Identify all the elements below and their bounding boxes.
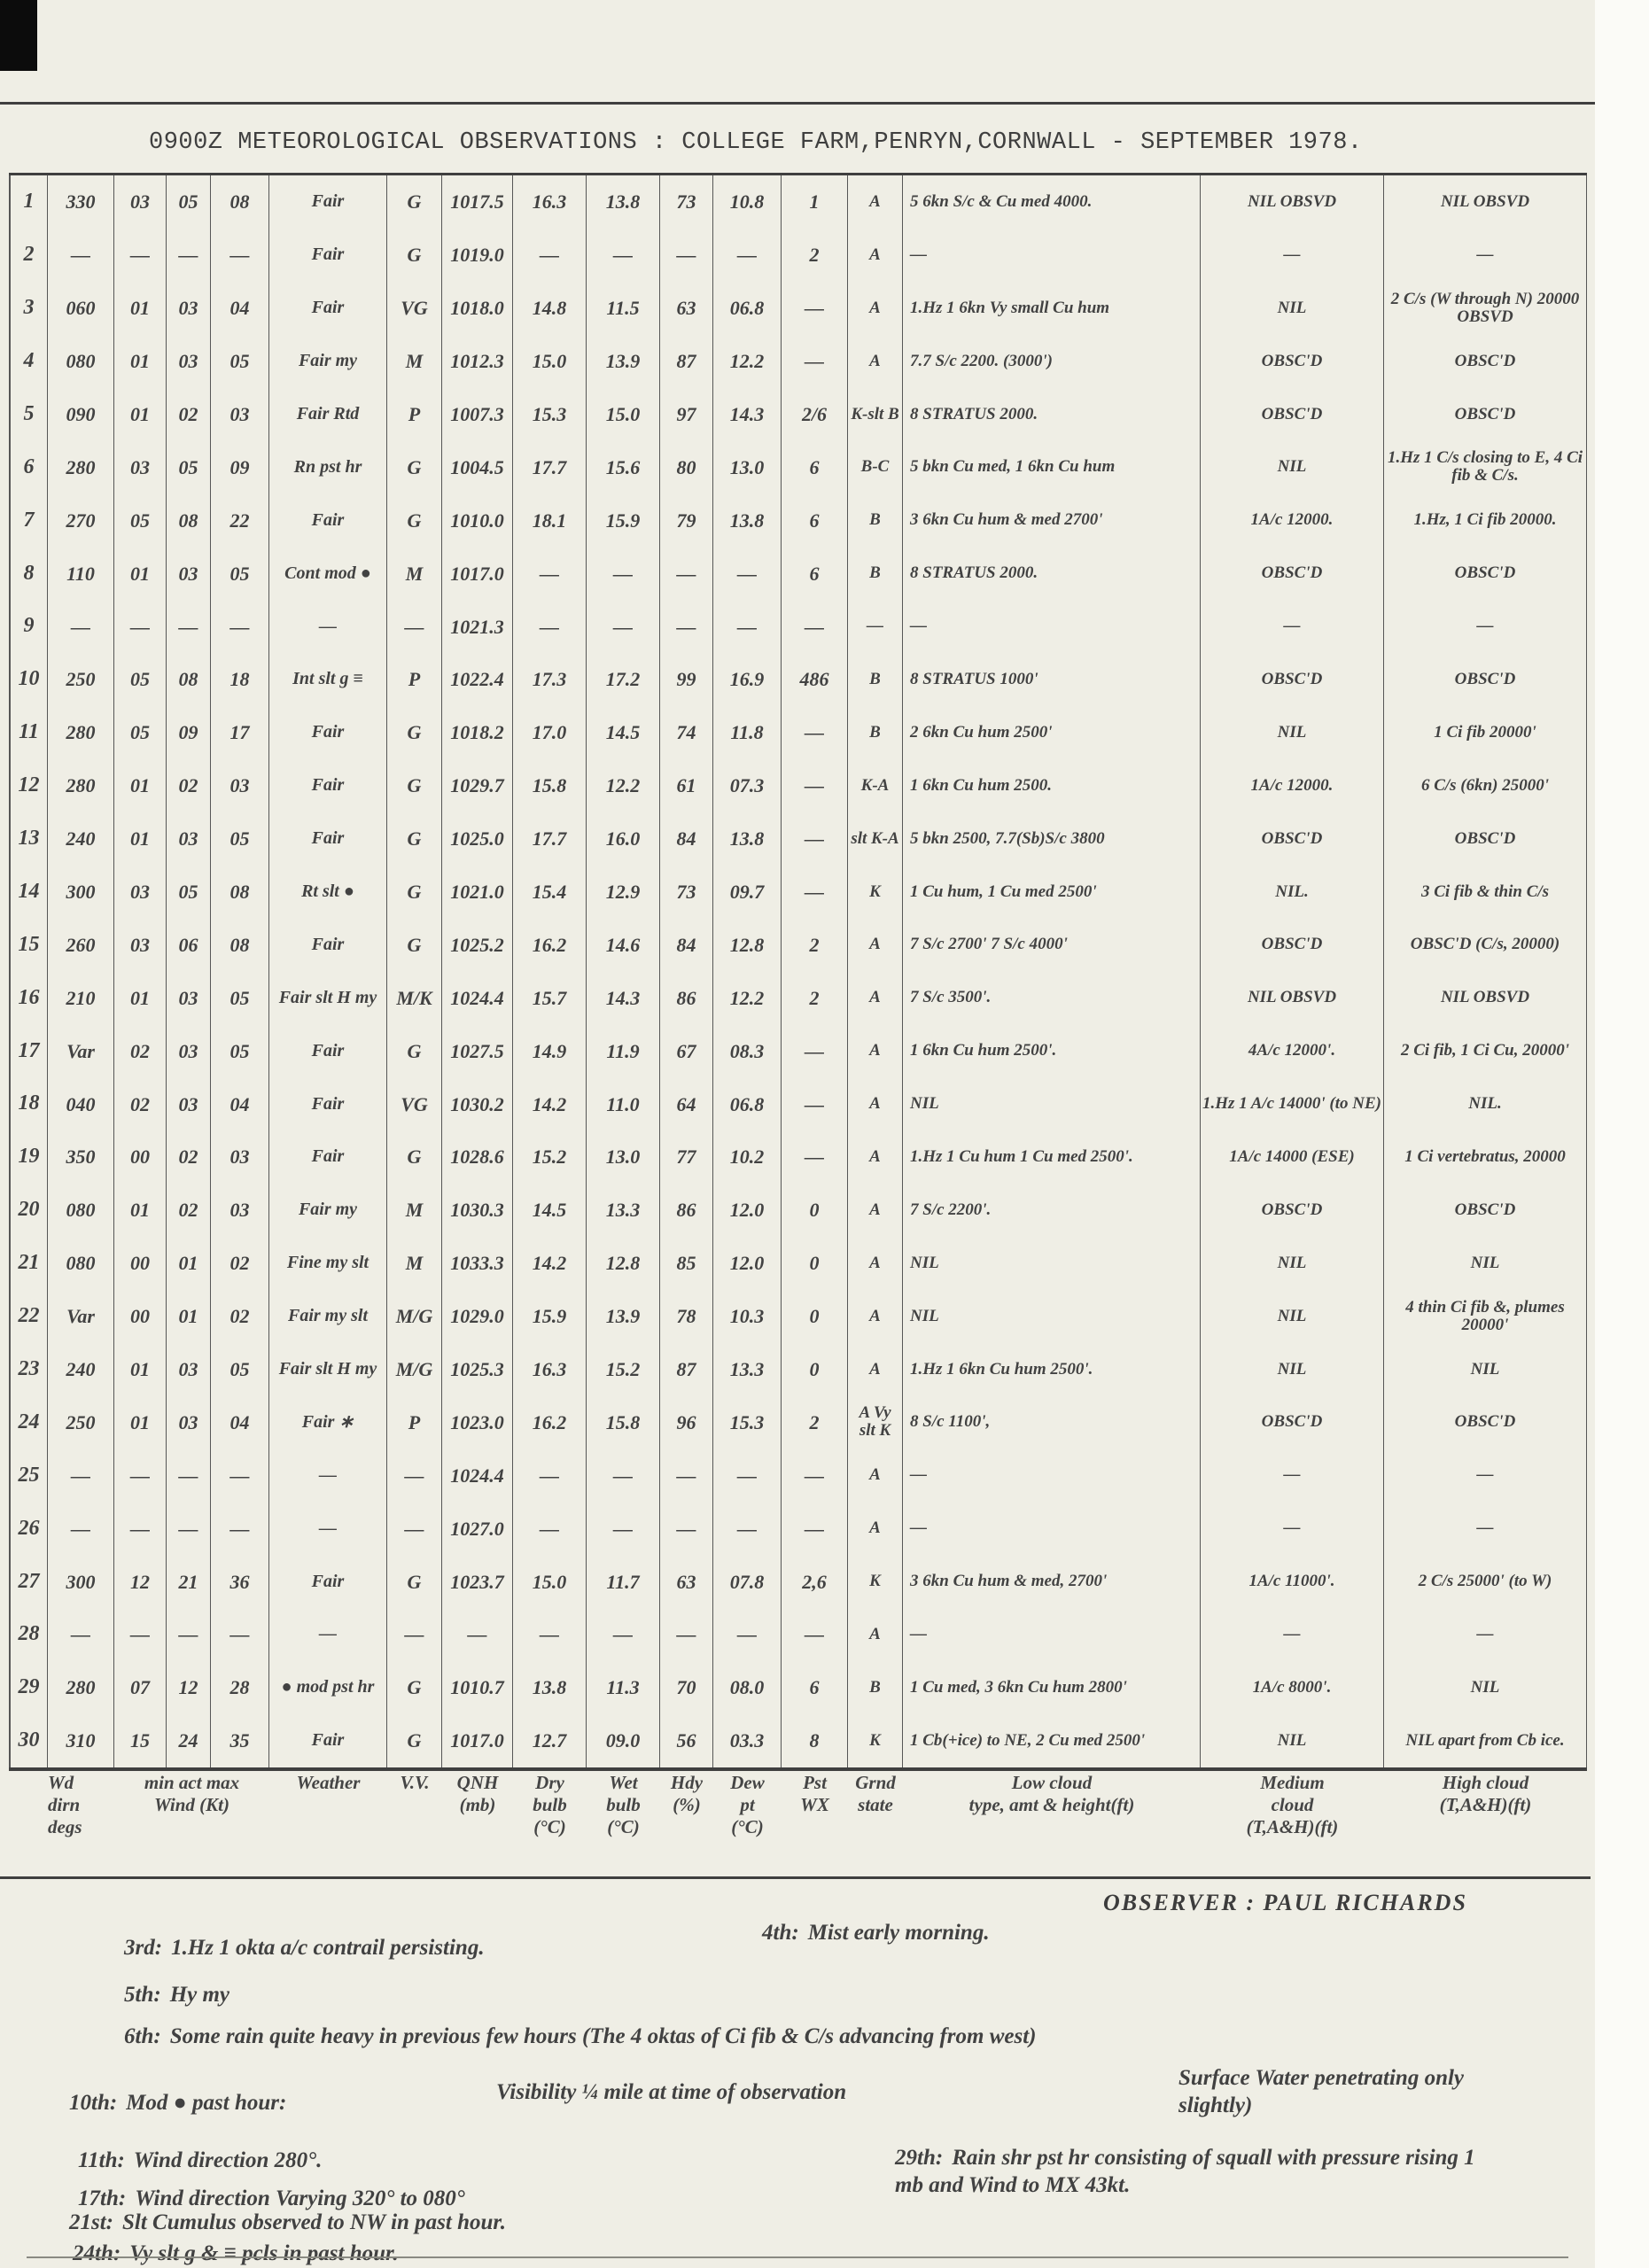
cell: 8 S/c 1100', (903, 1395, 1201, 1449)
cell: 03 (114, 866, 167, 919)
cell: 15.9 (513, 1290, 587, 1343)
cell: 6 (9, 440, 48, 493)
cell: 1.Hz 1 6kn Vy small Cu hum (903, 282, 1201, 335)
cell: 03 (167, 1395, 211, 1449)
cell: G (387, 440, 442, 493)
cell: 280 (48, 706, 114, 759)
cell: M/G (387, 1290, 442, 1343)
cell: 14.3 (587, 971, 660, 1024)
cell: 8 (782, 1714, 848, 1767)
cell: 03 (211, 1130, 269, 1184)
cell: 77 (660, 1130, 713, 1184)
cell: — (903, 1608, 1201, 1661)
cell: 1010.7 (442, 1661, 513, 1714)
cell: 110 (48, 547, 114, 600)
cell: K-A (848, 759, 903, 812)
cell: — (1201, 229, 1384, 282)
cell: 2/6 (782, 388, 848, 441)
note-24th: 24th:Vy slt g & ≡ pcls in past hour. (73, 2241, 399, 2266)
cell: 02 (211, 1290, 269, 1343)
cell: 260 (48, 918, 114, 971)
cell: 8 STRATUS 1000' (903, 653, 1201, 706)
cell: M/K (387, 971, 442, 1024)
cell: Fair (269, 493, 387, 547)
cell: OBSC'D (1201, 1395, 1384, 1449)
cell: — (713, 600, 782, 653)
cell: 4 thin Ci fib &, plumes 20000' (1384, 1290, 1587, 1343)
cell: 15.9 (587, 493, 660, 547)
cell: 79 (660, 493, 713, 547)
cell: — (782, 1502, 848, 1555)
cell: 15.2 (513, 1130, 587, 1184)
cell: 3 6kn Cu hum & med, 2700' (903, 1555, 1201, 1608)
table-row: 1330030508FairG1017.516.313.87310.81A5 6… (9, 175, 1587, 229)
cell: 30 (9, 1714, 48, 1767)
cell: 03 (167, 812, 211, 866)
cell: 09 (167, 706, 211, 759)
cell: A (848, 1130, 903, 1184)
cell: 1019.0 (442, 229, 513, 282)
note-surface-water: Surface Water penetrating only slightly) (1178, 2064, 1471, 2120)
cell: 01 (114, 282, 167, 335)
headers-rule (0, 1876, 1591, 1879)
cell: — (269, 1502, 387, 1555)
cell: NIL (1201, 706, 1384, 759)
cell: A (848, 1608, 903, 1661)
cell: 87 (660, 335, 713, 388)
cell: 15.6 (587, 440, 660, 493)
cell: 01 (114, 812, 167, 866)
header-wind-kt: min act max Wind (Kt) (114, 1768, 269, 1839)
cell: 1 (782, 175, 848, 229)
cell: 16.3 (513, 175, 587, 229)
table-body: 1330030508FairG1017.516.313.87310.81A5 6… (9, 175, 1587, 1767)
cell: 12.7 (513, 1714, 587, 1767)
cell: 8 STRATUS 2000. (903, 388, 1201, 441)
cell: Fair (269, 1130, 387, 1184)
cell: 1025.0 (442, 812, 513, 866)
cell: 36 (211, 1555, 269, 1608)
cell: — (1201, 600, 1384, 653)
cell: 11.5 (587, 282, 660, 335)
cell: 09.7 (713, 866, 782, 919)
cell: 13.9 (587, 1290, 660, 1343)
cell: — (782, 759, 848, 812)
observations-table: 1330030508FairG1017.516.313.87310.81A5 6… (9, 173, 1587, 1771)
cell: 1022.4 (442, 653, 513, 706)
cell: G (387, 918, 442, 971)
cell: 1023.7 (442, 1555, 513, 1608)
cell: Fair slt H my (269, 1343, 387, 1396)
cell: 2 Ci fib, 1 Ci Cu, 20000' (1384, 1024, 1587, 1077)
cell: — (713, 1608, 782, 1661)
cell: 17.7 (513, 812, 587, 866)
cell: 1021.0 (442, 866, 513, 919)
cell: 270 (48, 493, 114, 547)
cell: 26 (9, 1502, 48, 1555)
cell: — (269, 1449, 387, 1502)
table-row: 21080000102Fine my sltM1033.314.212.8851… (9, 1237, 1587, 1290)
cell: 6 (782, 493, 848, 547)
cell: M (387, 1237, 442, 1290)
cell: — (848, 600, 903, 653)
cell: — (660, 1608, 713, 1661)
cell: — (587, 229, 660, 282)
cell: 08 (211, 175, 269, 229)
cell: — (782, 1077, 848, 1130)
cell: — (48, 229, 114, 282)
header-wind-dir: Wd dirn degs (48, 1768, 114, 1839)
cell: 03 (167, 335, 211, 388)
cell: 0 (782, 1290, 848, 1343)
cell: — (387, 1449, 442, 1502)
cell: 25 (9, 1449, 48, 1502)
cell: 14.5 (513, 1184, 587, 1237)
cell: 2 C/s 25000' (to W) (1384, 1555, 1587, 1608)
cell: B (848, 653, 903, 706)
log-sheet: 0900Z METEOROLOGICAL OBSERVATIONS : COLL… (0, 0, 1649, 2268)
cell: 15.8 (513, 759, 587, 812)
cell: 05 (211, 547, 269, 600)
cell: 07.8 (713, 1555, 782, 1608)
cell: 24 (167, 1714, 211, 1767)
cell: — (387, 1608, 442, 1661)
cell: OBSC'D (1201, 812, 1384, 866)
cell: — (48, 600, 114, 653)
cell: G (387, 812, 442, 866)
cell: slt K-A (848, 812, 903, 866)
cell: B (848, 547, 903, 600)
cell: 3 6kn Cu hum & med 2700' (903, 493, 1201, 547)
table-row: 12280010203FairG1029.715.812.26107.3—K-A… (9, 759, 1587, 812)
cell: — (48, 1608, 114, 1661)
cell: 73 (660, 866, 713, 919)
table-row: 27300122136FairG1023.715.011.76307.82,6K… (9, 1555, 1587, 1608)
cell: 12.2 (587, 759, 660, 812)
cell: 1.Hz 1 A/c 14000' (to NE) (1201, 1077, 1384, 1130)
cell: NIL (903, 1290, 1201, 1343)
cell: 01 (114, 335, 167, 388)
cell: — (48, 1449, 114, 1502)
cell: — (587, 547, 660, 600)
cell: 15.0 (513, 335, 587, 388)
cell: 12 (167, 1661, 211, 1714)
cell: 03 (211, 388, 269, 441)
cell: Fine my slt (269, 1237, 387, 1290)
cell: 14 (9, 866, 48, 919)
cell: — (782, 600, 848, 653)
cell: 1004.5 (442, 440, 513, 493)
cell: OBSC'D (1384, 812, 1587, 866)
cell: 09 (211, 440, 269, 493)
cell: B (848, 706, 903, 759)
cell: G (387, 1024, 442, 1077)
cell: — (713, 1449, 782, 1502)
cell: 16.9 (713, 653, 782, 706)
cell: — (1384, 1502, 1587, 1555)
cell: 1023.0 (442, 1395, 513, 1449)
cell: 1024.4 (442, 971, 513, 1024)
cell: G (387, 866, 442, 919)
cell: 330 (48, 175, 114, 229)
cell: 09.0 (587, 1714, 660, 1767)
cell: 13.8 (587, 175, 660, 229)
cell: 99 (660, 653, 713, 706)
cell: A (848, 1290, 903, 1343)
cell: 05 (167, 440, 211, 493)
cell: 2 (782, 1395, 848, 1449)
cell: 14.6 (587, 918, 660, 971)
cell: NIL (1384, 1237, 1587, 1290)
cell: 02 (167, 759, 211, 812)
cell: Var (48, 1024, 114, 1077)
cell: 08 (167, 493, 211, 547)
cell: — (513, 1502, 587, 1555)
cell: — (660, 1449, 713, 1502)
cell: 13.3 (587, 1184, 660, 1237)
cell: — (1384, 1449, 1587, 1502)
cell: 05 (211, 1343, 269, 1396)
cell: — (211, 1502, 269, 1555)
cell: 05 (114, 493, 167, 547)
cell: 1A/c 14000 (ESE) (1201, 1130, 1384, 1184)
cell: 15.8 (587, 1395, 660, 1449)
cell: OBSC'D (1201, 1184, 1384, 1237)
cell: — (1201, 1502, 1384, 1555)
cell: 1017.0 (442, 1714, 513, 1767)
cell: 10.8 (713, 175, 782, 229)
cell: NIL (1201, 1714, 1384, 1767)
cell: — (513, 600, 587, 653)
cell: A (848, 918, 903, 971)
cell: 1A/c 11000'. (1201, 1555, 1384, 1608)
cell: 3 (9, 282, 48, 335)
cell: 05 (114, 706, 167, 759)
cell: 08.3 (713, 1024, 782, 1077)
cell: 00 (114, 1290, 167, 1343)
cell: NIL (1201, 440, 1384, 493)
table-row: 30310152435FairG1017.012.709.05603.38K1 … (9, 1714, 1587, 1767)
cell: 05 (211, 812, 269, 866)
cell: 17 (9, 1024, 48, 1077)
cell: NIL (1201, 1343, 1384, 1396)
cell: 7 S/c 2700' 7 S/c 4000' (903, 918, 1201, 971)
cell: 17.0 (513, 706, 587, 759)
cell: 05 (211, 1024, 269, 1077)
cell: 2,6 (782, 1555, 848, 1608)
header-high-cloud: High cloud (T,A&H)(ft) (1384, 1768, 1587, 1839)
cell: 1 Cb(+ice) to NE, 2 Cu med 2500' (903, 1714, 1201, 1767)
cell: 73 (660, 175, 713, 229)
cell: Fair (269, 759, 387, 812)
cell: 1 Cu med, 3 6kn Cu hum 2800' (903, 1661, 1201, 1714)
cell: 02 (211, 1237, 269, 1290)
cell: 63 (660, 282, 713, 335)
cell: 86 (660, 1184, 713, 1237)
table-row: 2————FairG1019.0————2A——— (9, 229, 1587, 282)
header-qnh: QNH (mb) (442, 1768, 513, 1839)
cell: 6 (782, 440, 848, 493)
cell: 11.8 (713, 706, 782, 759)
cell: 14.5 (587, 706, 660, 759)
cell: 15.0 (587, 388, 660, 441)
cell: NIL (1384, 1343, 1587, 1396)
cell: 5 6kn S/c & Cu med 4000. (903, 175, 1201, 229)
cell: 2 6kn Cu hum 2500' (903, 706, 1201, 759)
cell: 01 (114, 971, 167, 1024)
cell: 13.3 (713, 1343, 782, 1396)
cell: Fair (269, 229, 387, 282)
cell: 07 (114, 1661, 167, 1714)
cell: 01 (167, 1290, 211, 1343)
cell: 13.0 (587, 1130, 660, 1184)
cell: 13.9 (587, 335, 660, 388)
cell: 1 6kn Cu hum 2500'. (903, 1024, 1201, 1077)
cell: NIL (1201, 282, 1384, 335)
cell: Fair (269, 175, 387, 229)
cell: Fair (269, 1024, 387, 1077)
header-dry-bulb: Dry bulb (°C) (513, 1768, 587, 1839)
cell: 02 (167, 388, 211, 441)
cell: — (713, 1502, 782, 1555)
cell: 29 (9, 1661, 48, 1714)
cell: — (660, 600, 713, 653)
cell: — (114, 1449, 167, 1502)
cell: VG (387, 282, 442, 335)
cell: P (387, 388, 442, 441)
cell: 05 (211, 335, 269, 388)
cell: 12 (114, 1555, 167, 1608)
cell: K-slt B (848, 388, 903, 441)
cell: — (114, 229, 167, 282)
cell: 24 (9, 1395, 48, 1449)
cell: 04 (211, 1395, 269, 1449)
cell: — (1384, 229, 1587, 282)
cell: 63 (660, 1555, 713, 1608)
cell: Fair (269, 1714, 387, 1767)
cell: NIL (1201, 1290, 1384, 1343)
header-ground-state: Grnd state (848, 1768, 903, 1839)
table-row: 11280050917FairG1018.217.014.57411.8—B2 … (9, 706, 1587, 759)
cell: 2 (9, 229, 48, 282)
page-title: 0900Z METEOROLOGICAL OBSERVATIONS : COLL… (149, 129, 1584, 156)
cell: 12.8 (587, 1237, 660, 1290)
cell: M (387, 547, 442, 600)
cell: 56 (660, 1714, 713, 1767)
cell: 15.2 (587, 1343, 660, 1396)
header-humidity: Hdy (%) (660, 1768, 713, 1839)
cell: 15.0 (513, 1555, 587, 1608)
cell: 00 (114, 1237, 167, 1290)
cell: 15.3 (513, 388, 587, 441)
cell: — (782, 282, 848, 335)
note-5th: 5th:Hy my (124, 1983, 229, 2008)
cell: — (167, 229, 211, 282)
cell: 1024.4 (442, 1449, 513, 1502)
cell: 5 bkn Cu med, 1 6kn Cu hum (903, 440, 1201, 493)
cell: 6 C/s (6kn) 25000' (1384, 759, 1587, 812)
cell: OBSC'D (C/s, 20000) (1384, 918, 1587, 971)
cell: 1025.2 (442, 918, 513, 971)
table-row: 28————————————A——— (9, 1608, 1587, 1661)
scan-edge-strip (1595, 0, 1649, 2268)
cell: 03 (167, 1024, 211, 1077)
cell: 03.3 (713, 1714, 782, 1767)
cell: 06 (167, 918, 211, 971)
cell: Fair (269, 812, 387, 866)
cell: — (211, 229, 269, 282)
cell: 2 (782, 971, 848, 1024)
cell: A (848, 971, 903, 1024)
cell: 21 (9, 1237, 48, 1290)
cell: 1007.3 (442, 388, 513, 441)
cell: G (387, 1130, 442, 1184)
top-rule (0, 102, 1595, 105)
cell: G (387, 1555, 442, 1608)
cell: 280 (48, 759, 114, 812)
cell: — (211, 600, 269, 653)
cell: — (782, 335, 848, 388)
cell: 5 bkn 2500, 7.7(Sb)S/c 3800 (903, 812, 1201, 866)
cell: M (387, 335, 442, 388)
cell: 080 (48, 335, 114, 388)
cell: 1012.3 (442, 335, 513, 388)
cell: — (513, 1449, 587, 1502)
cell: 05 (114, 653, 167, 706)
cell: 14.3 (713, 388, 782, 441)
cell: 060 (48, 282, 114, 335)
cell: G (387, 759, 442, 812)
cell: A (848, 175, 903, 229)
cell: 15.3 (713, 1395, 782, 1449)
cell: 280 (48, 1661, 114, 1714)
note-6th: 6th:Some rain quite heavy in previous fe… (124, 2024, 1037, 2049)
cell: 300 (48, 866, 114, 919)
cell: — (782, 1130, 848, 1184)
cell: — (1384, 600, 1587, 653)
cell: 97 (660, 388, 713, 441)
cell: 02 (114, 1077, 167, 1130)
cell: 10 (9, 653, 48, 706)
cell: 1028.6 (442, 1130, 513, 1184)
cell: 17.3 (513, 653, 587, 706)
cell: 00 (114, 1130, 167, 1184)
table-row: 7270050822FairG1010.018.115.97913.86B3 6… (9, 493, 1587, 547)
cell: 2 (782, 229, 848, 282)
cell: 6 (782, 547, 848, 600)
cell: 67 (660, 1024, 713, 1077)
cell: 16.2 (513, 1395, 587, 1449)
cell: 08 (211, 866, 269, 919)
table-row: 16210010305Fair slt H myM/K1024.415.714.… (9, 971, 1587, 1024)
cell: NIL (1201, 1237, 1384, 1290)
table-row: 22Var000102Fair my sltM/G1029.015.913.97… (9, 1290, 1587, 1343)
cell: 310 (48, 1714, 114, 1767)
cell: A (848, 1237, 903, 1290)
cell: 240 (48, 812, 114, 866)
cell: — (713, 229, 782, 282)
cell: — (660, 1502, 713, 1555)
cell: Fair (269, 282, 387, 335)
cell: OBSC'D (1384, 335, 1587, 388)
cell: — (903, 229, 1201, 282)
cell: — (587, 1608, 660, 1661)
cell: Fair my slt (269, 1290, 387, 1343)
table-row: 8110010305Cont mod ●M1017.0————6B8 STRAT… (9, 547, 1587, 600)
header-day (9, 1768, 48, 1839)
cell: 22 (211, 493, 269, 547)
cell: 14.8 (513, 282, 587, 335)
